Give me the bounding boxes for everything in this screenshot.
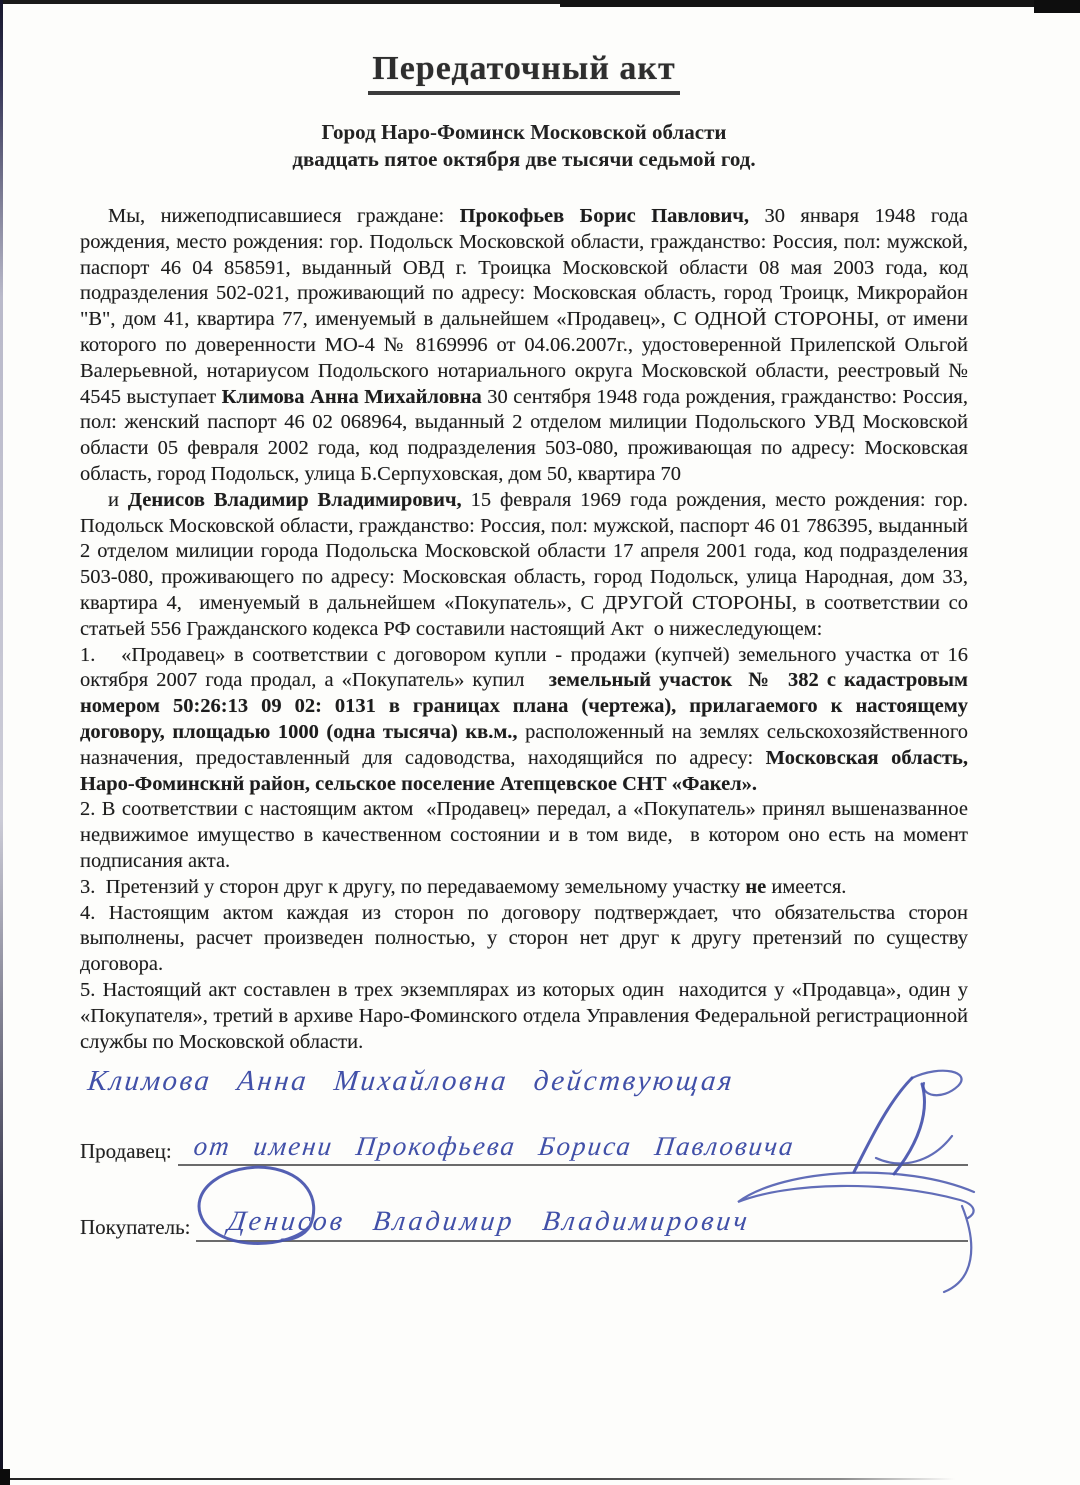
subtitle-place-line: Город Наро-Фоминск Московской области bbox=[80, 119, 968, 146]
clause-1: 1. «Продавец» в соответствии с договором… bbox=[80, 643, 968, 798]
scanned-document-page: Передаточный акт Город Наро-Фоминск Моск… bbox=[0, 0, 1080, 1485]
clause-2: 2. В соответствии с настоящим актом «Про… bbox=[80, 797, 968, 874]
paragraph-parties-seller: Мы, нижеподписавшиеся граждане: Прокофье… bbox=[80, 204, 968, 488]
clause-4: 4. Настоящим актом каждая из сторон по д… bbox=[80, 901, 968, 978]
document-body: Мы, нижеподписавшиеся граждане: Прокофье… bbox=[80, 204, 968, 1055]
subtitle-date-line: двадцать пятое октября две тысячи седьмо… bbox=[80, 146, 968, 173]
document-content: Передаточный акт Город Наро-Фоминск Моск… bbox=[0, 0, 1080, 1242]
clause-3: 3. Претензий у сторон друг к другу, по п… bbox=[80, 875, 968, 901]
document-title: Передаточный акт bbox=[368, 50, 679, 95]
seller-label: Продавец: bbox=[80, 1139, 172, 1166]
buyer-label: Покупатель: bbox=[80, 1215, 190, 1242]
clause-5: 5. Настоящий акт составлен в трех экземп… bbox=[80, 978, 968, 1055]
signature-section: Климова Анна Михайловна действующая Прод… bbox=[80, 1065, 968, 1242]
seller-signature-row: Продавец: от имени Прокофьева Бориса Пав… bbox=[80, 1124, 968, 1166]
buyer-signature-flourish bbox=[724, 1158, 994, 1308]
scan-edge-bottom-corner bbox=[0, 1469, 10, 1485]
handwritten-attorney-note: Климова Анна Михайловна действующая bbox=[86, 1065, 971, 1098]
scan-edge-bottom bbox=[0, 1478, 955, 1480]
document-subtitle: Город Наро-Фоминск Московской области дв… bbox=[80, 119, 968, 173]
buyer-handwritten-text: Денисов Владимир Владимирович bbox=[226, 1206, 752, 1238]
seller-signature-line: от имени Прокофьева Бориса Павловича bbox=[178, 1124, 968, 1166]
buyer-signature-row: Покупатель: Денисов Владимир Владимирови… bbox=[80, 1200, 968, 1242]
buyer-signature-line: Денисов Владимир Владимирович bbox=[196, 1200, 968, 1242]
seller-handwritten-text: от имени Прокофьева Бориса Павловича bbox=[192, 1131, 797, 1162]
paragraph-parties-buyer: и Денисов Владимир Владимирович, 15 февр… bbox=[80, 488, 968, 643]
